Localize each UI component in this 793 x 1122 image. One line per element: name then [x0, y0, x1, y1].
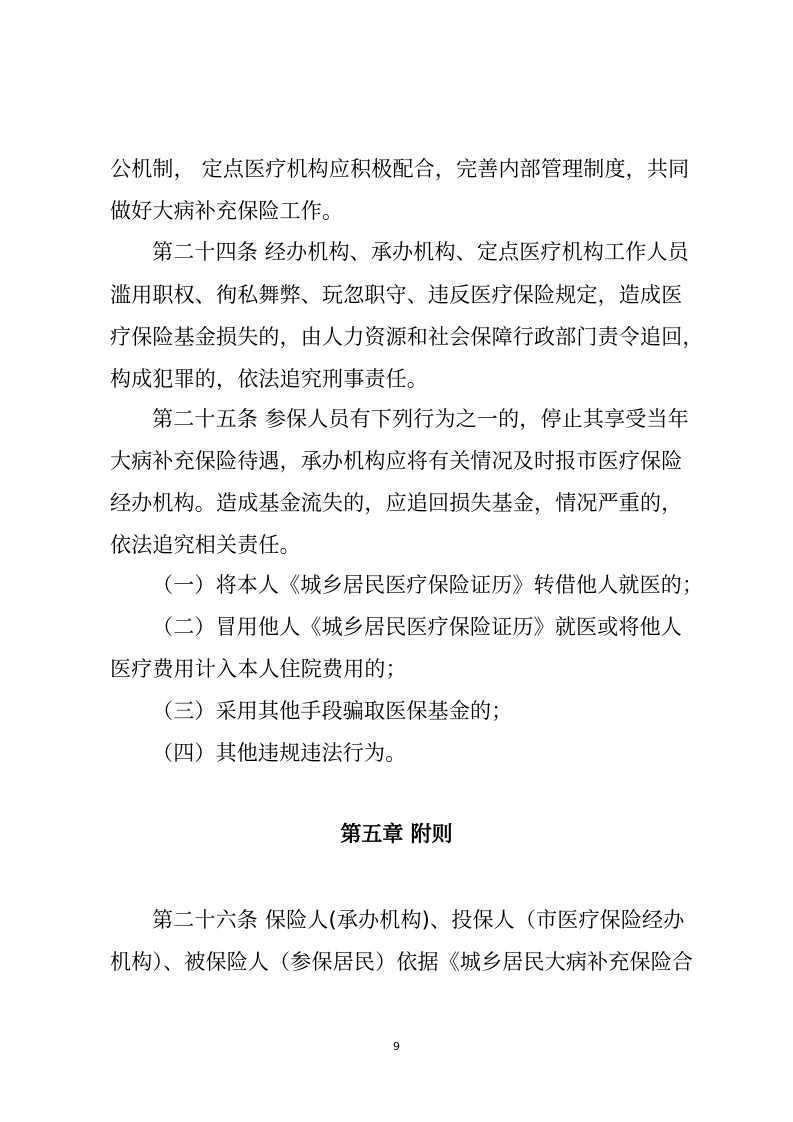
list-item-2: （二）冒用他人《城乡居民医疗保险证历》就医或将他人: [152, 613, 742, 641]
paragraph-line: 构成犯罪的，依法追究刑事责任。: [110, 365, 700, 393]
article-25-line: 第二十五条 参保人员有下列行为之一的，停止其享受当年: [152, 405, 742, 433]
page-number: 9: [0, 1040, 793, 1054]
paragraph-line: 依法追究相关责任。: [110, 531, 700, 559]
paragraph-line: 做好大病补充保险工作。: [110, 197, 700, 225]
article-26-line: 第二十六条 保险人(承办机构)、投保人（市医疗保险经办: [152, 906, 742, 934]
paragraph-line: 经办机构。造成基金流失的，应追回损失基金，情况严重的，: [110, 489, 700, 517]
paragraph-line: 医疗费用计入本人住院费用的；: [110, 655, 700, 683]
paragraph-line: 疗保险基金损失的，由人力资源和社会保障行政部门责令追回，: [110, 323, 700, 351]
list-item-3: （三）采用其他手段骗取医保基金的；: [152, 697, 742, 725]
document-page: 公机制， 定点医疗机构应积极配合，完善内部管理制度，共同 做好大病补充保险工作。…: [0, 0, 793, 1122]
paragraph-line: 大病补充保险待遇，承办机构应将有关情况及时报市医疗保险: [110, 447, 700, 475]
list-item-1: （一）将本人《城乡居民医疗保险证历》转借他人就医的；: [152, 571, 742, 599]
chapter-heading: 第五章 附则: [0, 820, 793, 848]
article-24-line: 第二十四条 经办机构、承办机构、定点医疗机构工作人员: [152, 238, 742, 266]
paragraph-line: 滥用职权、徇私舞弊、玩忽职守、违反医疗保险规定，造成医: [110, 281, 700, 309]
paragraph-line: 机构）、被保险人（参保居民）依据《城乡居民大病补充保险合: [110, 948, 700, 976]
list-item-4: （四）其他违规违法行为。: [152, 739, 742, 767]
paragraph-line: 公机制， 定点医疗机构应积极配合，完善内部管理制度，共同: [110, 155, 700, 183]
